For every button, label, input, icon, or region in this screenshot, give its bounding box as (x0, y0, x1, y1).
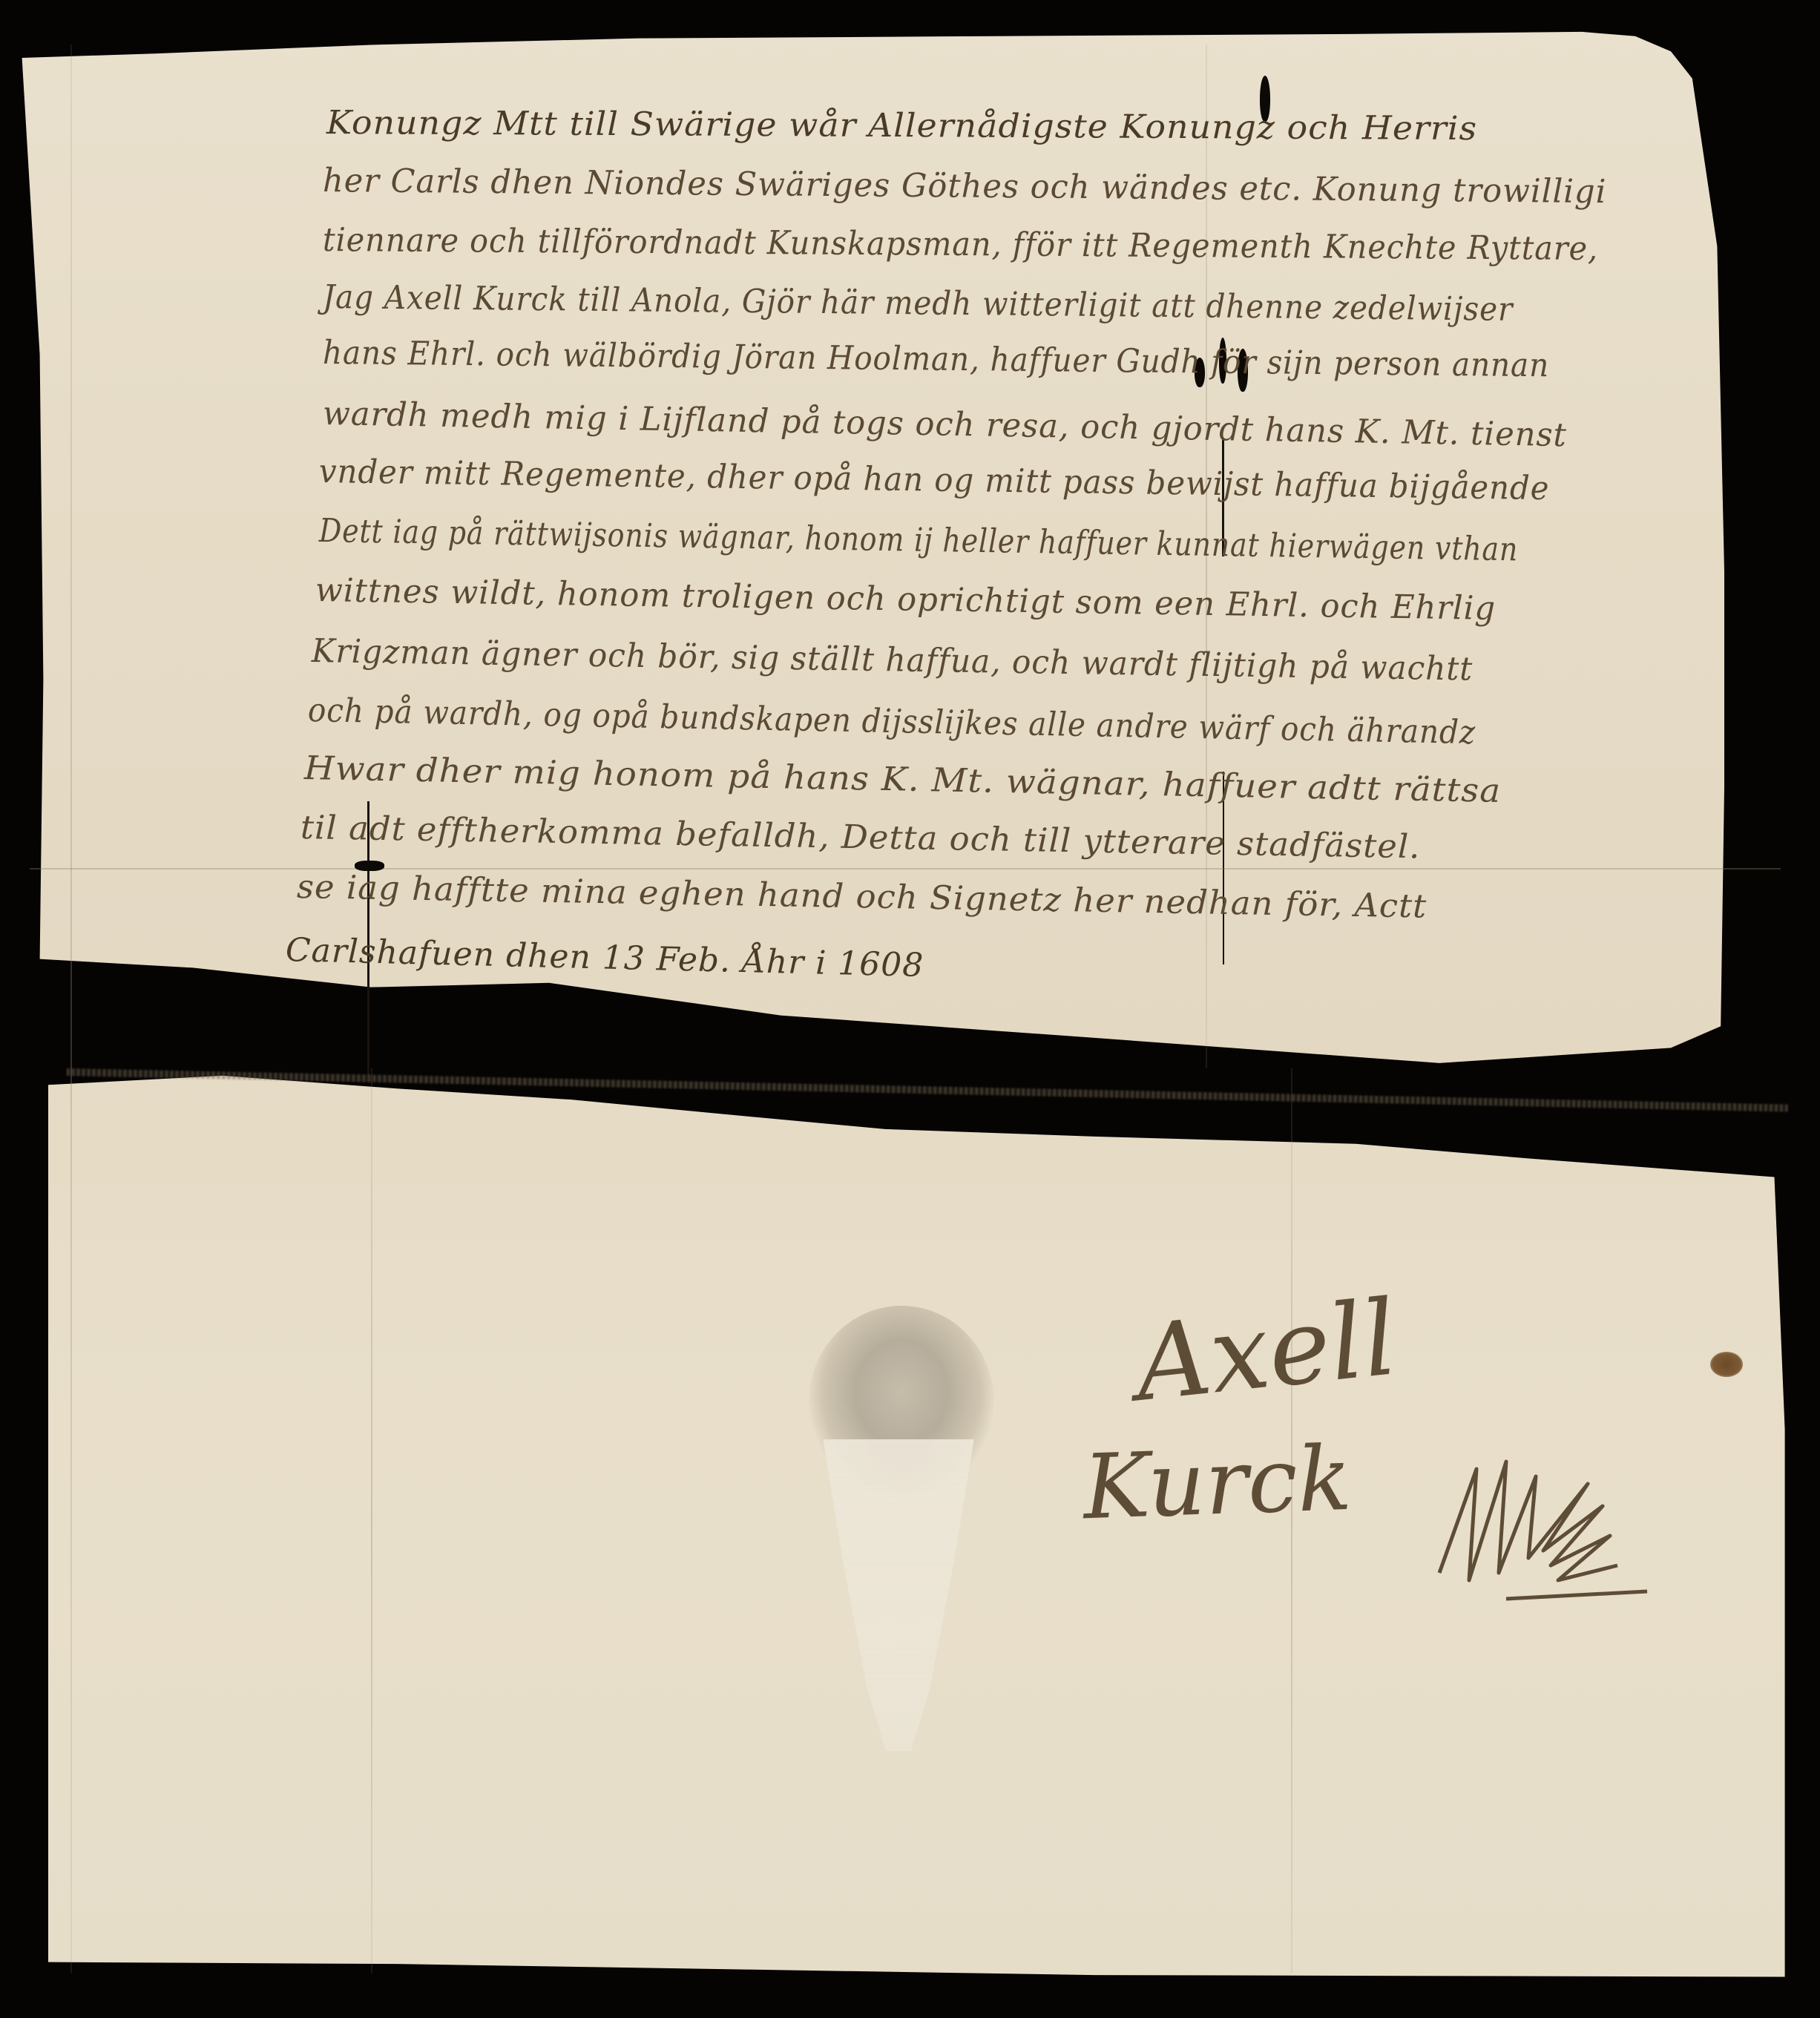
signature-first-name: Axell (1129, 1278, 1402, 1425)
signature-block: Axell Kurck (1068, 1276, 1677, 1647)
stain-spot (1710, 1352, 1743, 1377)
signature-paraph-icon (1425, 1424, 1662, 1603)
fold-line-left-inner (371, 1068, 372, 1973)
signature-last-name: Kurck (1082, 1427, 1353, 1540)
fold-line-left (70, 45, 72, 1973)
manuscript-line: Konungz Mtt till Swärige wår Allernådigs… (326, 104, 1477, 148)
fold-line-horizontal (30, 868, 1781, 870)
